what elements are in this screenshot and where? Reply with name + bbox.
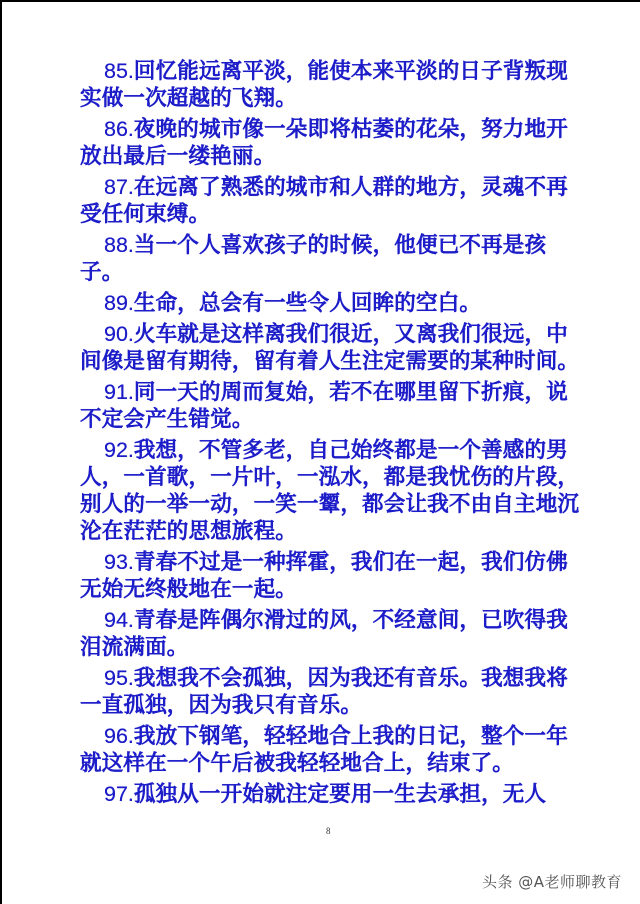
paragraph-text: 生命，总会有一些令人回眸的空白。 — [134, 291, 481, 316]
paragraph-86: 86.夜晚的城市像一朵即将枯萎的花朵，努力地开放出最后一缕艳丽。 — [80, 116, 580, 170]
watermark: 头条 @A老师聊教育 — [482, 871, 622, 892]
item-number: 85. — [104, 59, 134, 83]
item-number: 91. — [104, 380, 134, 404]
item-number: 87. — [104, 175, 134, 199]
paragraph-text: 火车就是这样离我们很近，又离我们很远，中间像是留有期待，留有着人生注定需要的某种… — [80, 322, 579, 374]
paragraph-91: 91.同一天的周而复始，若不在哪里留下折痕，说不定会产生错觉。 — [80, 379, 580, 433]
paragraph-text: 我放下钢笔，轻轻地合上我的日记，整个一年就这样在一个午后被我轻轻地合上，结束了。 — [80, 724, 568, 776]
item-number: 95. — [104, 666, 134, 690]
paragraph-93: 93.青春不过是一种挥霍，我们在一起，我们仿佛无始无终般地在一起。 — [80, 549, 580, 603]
paragraph-text: 在远离了熟悉的城市和人群的地方，灵魂不再受任何束缚。 — [80, 175, 568, 227]
document-body: 85.回忆能远离平淡，能使本来平淡的日子背叛现实做一次超越的飞翔。 86.夜晚的… — [80, 58, 580, 812]
page-border-left — [0, 0, 2, 904]
paragraph-text: 夜晚的城市像一朵即将枯萎的花朵，努力地开放出最后一缕艳丽。 — [80, 117, 568, 169]
paragraph-89: 89.生命，总会有一些令人回眸的空白。 — [80, 290, 580, 317]
paragraph-96: 96.我放下钢笔，轻轻地合上我的日记，整个一年就这样在一个午后被我轻轻地合上，结… — [80, 723, 580, 777]
paragraph-text: 孤独从一开始就注定要用一生去承担，无人 — [134, 782, 546, 807]
item-number: 89. — [104, 291, 134, 315]
paragraph-text: 回忆能远离平淡，能使本来平淡的日子背叛现实做一次超越的飞翔。 — [80, 59, 568, 111]
page-number: 8 — [326, 826, 331, 836]
paragraph-text: 我想我不会孤独，因为我还有音乐。我想我将一直孤独，因为我只有音乐。 — [80, 666, 568, 718]
paragraph-85: 85.回忆能远离平淡，能使本来平淡的日子背叛现实做一次超越的飞翔。 — [80, 58, 580, 112]
item-number: 94. — [104, 608, 134, 632]
item-number: 97. — [104, 782, 134, 806]
item-number: 86. — [104, 117, 134, 141]
item-number: 88. — [104, 233, 134, 257]
paragraph-90: 90.火车就是这样离我们很近，又离我们很远，中间像是留有期待，留有着人生注定需要… — [80, 321, 580, 375]
paragraph-text: 同一天的周而复始，若不在哪里留下折痕，说不定会产生错觉。 — [80, 380, 568, 432]
paragraph-92: 92.我想，不管多老，自己始终都是一个善感的男人，一首歌，一片叶，一泓水，都是我… — [80, 437, 580, 545]
item-number: 96. — [104, 724, 134, 748]
item-number: 93. — [104, 550, 134, 574]
paragraph-87: 87.在远离了熟悉的城市和人群的地方，灵魂不再受任何束缚。 — [80, 174, 580, 228]
paragraph-97: 97.孤独从一开始就注定要用一生去承担，无人 — [80, 781, 580, 808]
paragraph-95: 95.我想我不会孤独，因为我还有音乐。我想我将一直孤独，因为我只有音乐。 — [80, 665, 580, 719]
paragraph-text: 当一个人喜欢孩子的时候，他便已不再是孩子。 — [80, 233, 546, 285]
paragraph-text: 青春不过是一种挥霍，我们在一起，我们仿佛无始无终般地在一起。 — [80, 550, 568, 602]
item-number: 92. — [104, 438, 134, 462]
paragraph-text: 我想，不管多老，自己始终都是一个善感的男人，一首歌，一片叶，一泓水，都是我忧伤的… — [80, 438, 579, 544]
page-border-top — [0, 0, 640, 2]
item-number: 90. — [104, 322, 134, 346]
paragraph-text: 青春是阵偶尔滑过的风，不经意间，已吹得我泪流满面。 — [80, 608, 568, 660]
paragraph-94: 94.青春是阵偶尔滑过的风，不经意间，已吹得我泪流满面。 — [80, 607, 580, 661]
paragraph-88: 88.当一个人喜欢孩子的时候，他便已不再是孩子。 — [80, 232, 580, 286]
